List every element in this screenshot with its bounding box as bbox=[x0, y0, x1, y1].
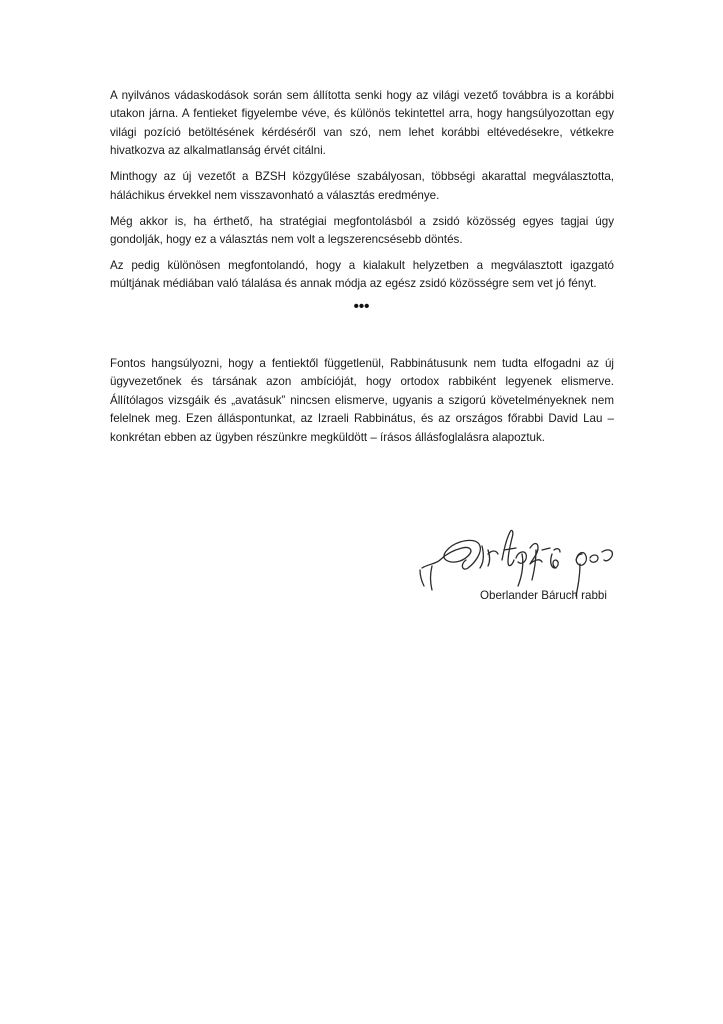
paragraph-rabbinate-statement: Fontos hangsúlyozni, hogy a fentiektől f… bbox=[110, 355, 614, 447]
document-page: A nyilvános vádaskodások során sem állít… bbox=[0, 0, 723, 1024]
signer-name: Oberlander Báruch rabbi bbox=[480, 589, 607, 602]
section-main-arguments: A nyilvános vádaskodások során sem állít… bbox=[110, 87, 614, 301]
paragraph-public-accusations: A nyilvános vádaskodások során sem állít… bbox=[110, 87, 614, 161]
paragraph-strategic-considerations: Még akkor is, ha érthető, ha stratégiai … bbox=[110, 213, 614, 250]
paragraph-election-result: Minthogy az új vezetőt a BZSH közgyűlése… bbox=[110, 168, 614, 205]
section-separator: ••• bbox=[0, 298, 723, 315]
section-rabbinate-position: Fontos hangsúlyozni, hogy a fentiektől f… bbox=[110, 355, 614, 455]
paragraph-media-presentation: Az pedig különösen megfontolandó, hogy a… bbox=[110, 257, 614, 294]
